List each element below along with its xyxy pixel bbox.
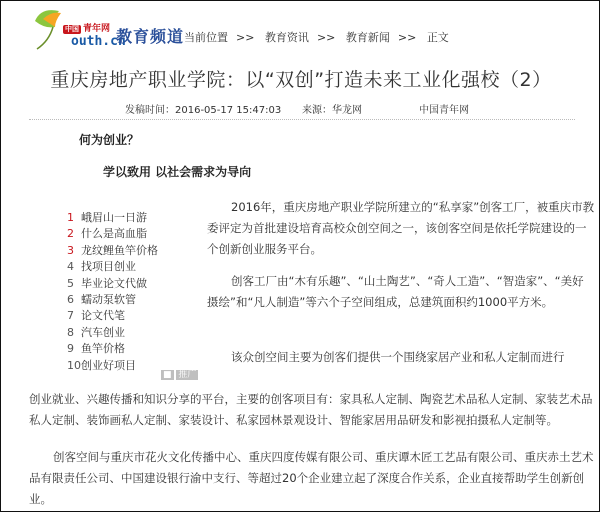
publish-time: 发稿时间：2016-05-17 15:47:03	[125, 101, 281, 116]
list-item[interactable]: 3龙纹鲤鱼竿价格	[67, 242, 158, 258]
article-paragraph: 该众创空间主要为创客们提供一个围绕家居产业和私人定制而进行	[207, 347, 595, 368]
list-item[interactable]: 7论文代笔	[67, 307, 158, 323]
link-label[interactable]: 峨眉山一日游	[81, 211, 147, 224]
link-label[interactable]: 龙纹鲤鱼竿价格	[81, 244, 158, 257]
list-item[interactable]: 5毕业论文代做	[67, 275, 158, 291]
channel-title[interactable]: 教育频道	[116, 24, 184, 47]
logo-badge: 中国	[63, 25, 81, 34]
link-label[interactable]: 鱼竿价格	[81, 342, 125, 355]
breadcrumb-item-news[interactable]: 教育资讯	[265, 31, 309, 44]
rank-number: 9	[67, 342, 81, 355]
rank-number: 8	[67, 326, 81, 339]
article-paragraph: 创客工厂由“木有乐趣”、“山土陶艺”、“奇人工造”、“智造家”、“美好摄绘”和“…	[207, 271, 595, 313]
rank-number: 3	[67, 244, 81, 257]
promo-label: 推广	[176, 370, 198, 380]
breadcrumb-item-body: 正文	[427, 31, 449, 44]
rank-number: 1	[67, 211, 81, 224]
breadcrumb-item-edu-news[interactable]: 教育新闻	[346, 31, 390, 44]
list-item[interactable]: 4找项目创业	[67, 258, 158, 274]
page-frame: 中国 青年网 outh.cn 教育频道 当前位置>> 教育资讯>> 教育新闻>>…	[0, 0, 600, 512]
article-source: 来源：华龙网	[302, 101, 362, 116]
list-item[interactable]: 10创业好项目	[67, 357, 158, 373]
list-item[interactable]: 6蠕动泵软管	[67, 291, 158, 307]
rank-number: 2	[67, 227, 81, 240]
divider	[29, 119, 575, 120]
article-paragraph: 2016年，重庆房地产职业学院所建立的“私享家”创客工厂，被重庆市教委评定为首批…	[207, 197, 595, 260]
link-label[interactable]: 蠕动泵软管	[81, 293, 136, 306]
breadcrumb-separator: >>	[398, 31, 416, 44]
link-label[interactable]: 毕业论文代做	[81, 277, 147, 290]
link-label[interactable]: 汽车创业	[81, 326, 125, 339]
breadcrumb: 当前位置>> 教育资讯>> 教育新闻>> 正文	[184, 29, 453, 45]
list-item[interactable]: 8汽车创业	[67, 324, 158, 340]
article-outlet: 中国青年网	[419, 101, 469, 116]
promo-tag[interactable]: ■ 推广	[161, 367, 198, 380]
rank-number: 4	[67, 260, 81, 273]
rank-number: 7	[67, 309, 81, 322]
article-paragraph: 创业就业、兴趣传播和知识分享的平台，主要的创客项目有：家具私人定制、陶瓷艺术品私…	[29, 389, 595, 431]
subheading-practical-learning: 学以致用 以社会需求为导向	[103, 163, 251, 180]
subheading-what-is-startup: 何为创业？	[79, 131, 139, 148]
link-label[interactable]: 论文代笔	[81, 309, 125, 322]
site-logo[interactable]: 中国 青年网 outh.cn	[31, 7, 121, 52]
list-item[interactable]: 2什么是高血脂	[67, 225, 158, 241]
list-item[interactable]: 9鱼竿价格	[67, 340, 158, 356]
rank-number: 10	[67, 359, 81, 372]
article-paragraph: 创客空间与重庆市花火文化传播中心、重庆四度传媒有限公司、重庆谭木匠工艺品有限公司…	[29, 447, 595, 510]
promo-icon: ■	[161, 370, 174, 380]
link-label[interactable]: 找项目创业	[81, 260, 136, 273]
article-title: 重庆房地产职业学院：以“双创”打造未来工业化强校（2）	[1, 65, 600, 92]
breadcrumb-separator: >>	[317, 31, 335, 44]
link-label[interactable]: 创业好项目	[81, 359, 136, 372]
rank-number: 6	[67, 293, 81, 306]
breadcrumb-separator: >>	[236, 31, 254, 44]
rank-number: 5	[67, 277, 81, 290]
sponsored-link-list: 1峨眉山一日游 2什么是高血脂 3龙纹鲤鱼竿价格 4找项目创业 5毕业论文代做 …	[67, 209, 158, 373]
list-item[interactable]: 1峨眉山一日游	[67, 209, 158, 225]
link-label[interactable]: 什么是高血脂	[81, 227, 147, 240]
breadcrumb-label: 当前位置	[184, 31, 228, 44]
